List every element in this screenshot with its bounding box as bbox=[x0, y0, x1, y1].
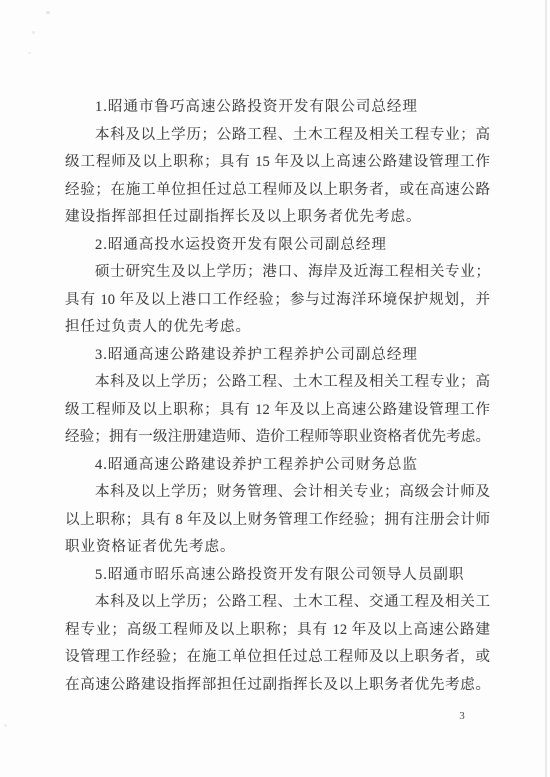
paragraph-line: 担任过负责人的优先考虑。 bbox=[65, 314, 490, 342]
paragraph-line: 经验；在施工单位担任过总工程师及以上职务者，或在高速公路 bbox=[65, 177, 490, 205]
scanned-document-page: 1.昭通市鲁巧高速公路投资开发有限公司总经理本科及以上学历；公路工程、土木工程及… bbox=[0, 0, 550, 777]
scan-speck bbox=[28, 52, 31, 54]
paragraph-line: 本科及以上学历；公路工程、土木工程及相关工程专业；高 bbox=[65, 369, 490, 397]
paragraph-line: 硕士研究生及以上学历；港口、海岸及近海工程相关专业； bbox=[65, 259, 490, 287]
paragraph-line: 职业资格证者优先考虑。 bbox=[65, 534, 490, 562]
paragraph-heading: 5.昭通市昭乐高速公路投资开发有限公司领导人员副职 bbox=[65, 562, 490, 590]
scan-edge-shadow bbox=[545, 0, 547, 777]
paragraph-heading: 1.昭通市鲁巧高速公路投资开发有限公司总经理 bbox=[65, 94, 490, 122]
scan-speck bbox=[32, 31, 35, 34]
paragraph-line: 设管理工作经验；在施工单位担任过总工程师及以上职务者，或 bbox=[65, 644, 490, 672]
page-number: 3 bbox=[452, 710, 472, 722]
paragraph-line: 具有 10 年及以上港口工作经验；参与过海洋环境保护规划，并 bbox=[65, 287, 490, 315]
paragraph-line: 以上职称；具有 8 年及以上财务管理工作经验；拥有注册会计师 bbox=[65, 507, 490, 535]
paragraph-line: 经验；拥有一级注册建造师、造价工程师等职业资格者优先考虑。 bbox=[65, 424, 490, 452]
paragraph-heading: 4.昭通高速公路建设养护工程养护公司财务总监 bbox=[65, 452, 490, 480]
paragraph-line: 本科及以上学历；公路工程、土木工程、交通工程及相关工 bbox=[65, 589, 490, 617]
paragraph-line: 建设指挥部担任过副指挥长及以上职务者优先考虑。 bbox=[65, 204, 490, 232]
paragraph-line: 本科及以上学历；财务管理、会计相关专业；高级会计师及 bbox=[65, 479, 490, 507]
paragraph-line: 本科及以上学历；公路工程、土木工程及相关工程专业；高 bbox=[65, 122, 490, 150]
paragraph-heading: 2.昭通高投水运投资开发有限公司副总经理 bbox=[65, 232, 490, 260]
document-content: 1.昭通市鲁巧高速公路投资开发有限公司总经理本科及以上学历；公路工程、土木工程及… bbox=[65, 94, 490, 699]
paragraph-line: 级工程师及以上职称；具有 15 年及以上高速公路建设管理工作 bbox=[65, 149, 490, 177]
paragraph-line: 在高速公路建设指挥部担任过副指挥长及以上职务者优先考虑。 bbox=[65, 672, 490, 700]
paragraph-line: 程专业；高级工程师及以上职称；具有 12 年及以上高速公路建 bbox=[65, 617, 490, 645]
scan-speck bbox=[46, 11, 50, 14]
paragraph-heading: 3.昭通高速公路建设养护工程养护公司副总经理 bbox=[65, 342, 490, 370]
paragraph-line: 级工程师及以上职称；具有 12 年及以上高速公路建设管理工作 bbox=[65, 397, 490, 425]
scan-speck bbox=[4, 724, 7, 727]
